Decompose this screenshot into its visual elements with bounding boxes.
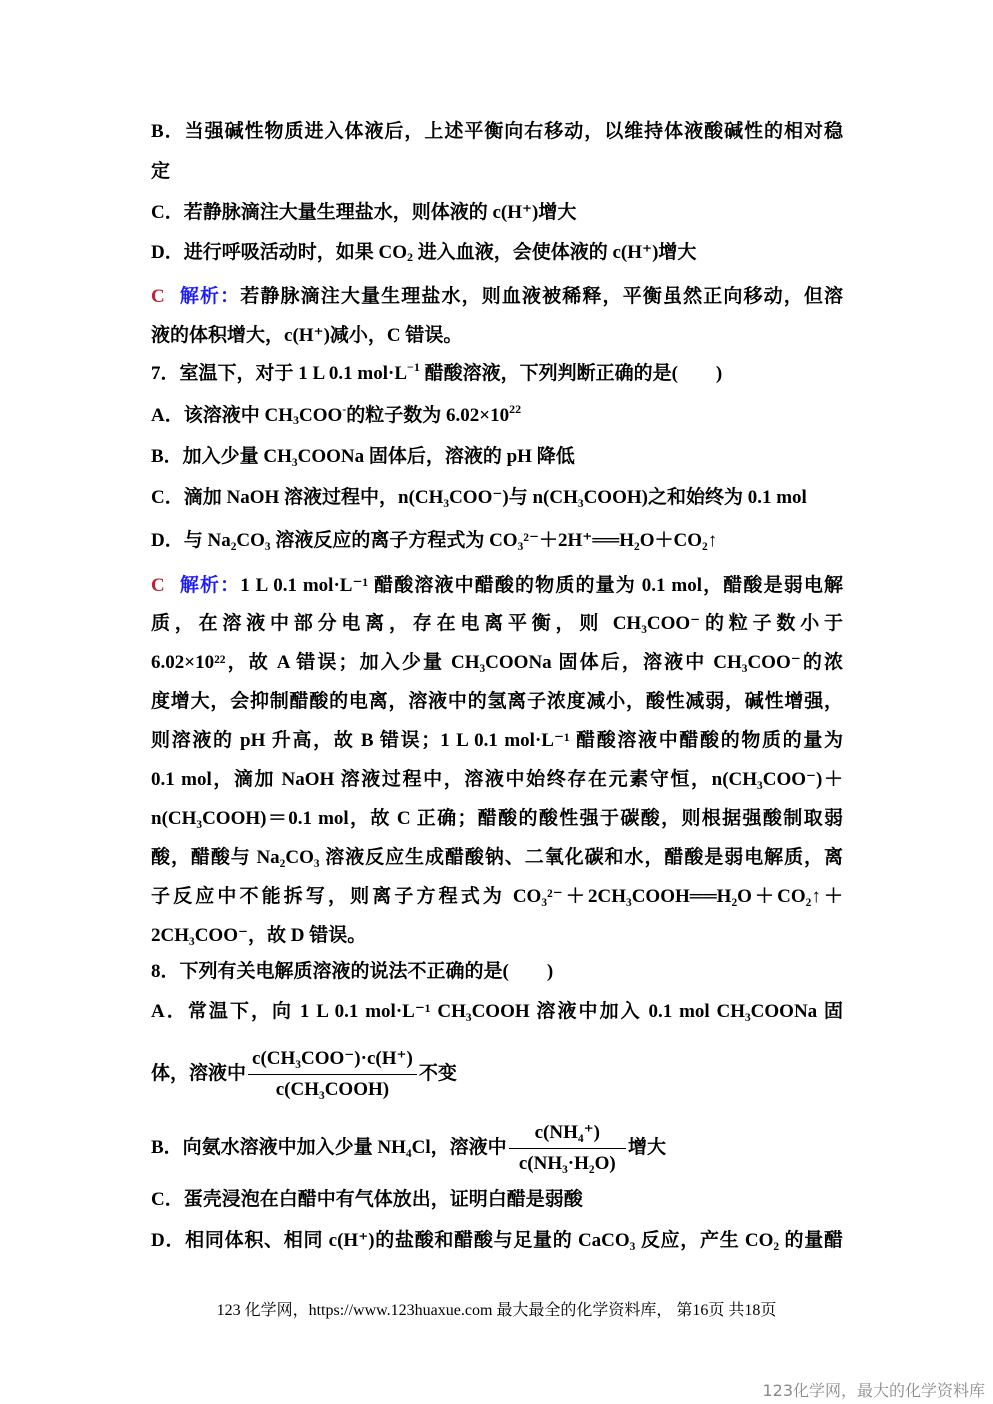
q7-option-c: C．滴加 NaOH 溶液过程中，n(CH₃COO⁻)与 n(CH₃COOH)之和…	[151, 486, 843, 510]
analysis-label: 解析：	[179, 286, 241, 307]
q8-option-a-line1: A．常温下，向 1 L 0.1 mol·L⁻¹ CH₃COOH 溶液中加入 0.…	[151, 1000, 843, 1024]
fraction-nh4: c(NH₄⁺)c(NH₃·H₂O)	[509, 1120, 626, 1177]
q7-answer-line3: 6.02×10²²，故 A 错误；加入少量 CH₃COONa 固体后，溶液中 C…	[151, 651, 843, 675]
q7-option-b: B．加入少量 CH₃COONa 固体后，溶液的 pH 降低	[151, 445, 843, 469]
q7-option-d: D．与 Na₂CO₃ 溶液反应的离子方程式为 CO₃²⁻＋2H⁺══H₂O＋CO…	[151, 529, 843, 553]
q7-answer-line10: 2CH₃COO⁻，故 D 错误。	[151, 924, 843, 948]
q7-answer-line6: 0.1 mol，滴加 NaOH 溶液过程中，溶液中始终存在元素守恒，n(CH₃C…	[151, 768, 843, 792]
q7-stem: 7．室温下，对于 1 L 0.1 mol·L−1 醋酸溶液，下列判断正确的是( …	[151, 362, 843, 386]
answer-letter: C	[151, 286, 165, 307]
q8-option-a-line2: 体，溶液中c(CH₃COO⁻)·c(H⁺)c(CH₃COOH)不变	[151, 1046, 843, 1103]
concentration-h: c(H⁺)	[492, 202, 538, 223]
q6-option-d: D．进行呼吸活动时，如果 CO2 进入血液，会使体液的 c(H⁺)增大	[151, 241, 843, 265]
answer-letter: C	[151, 575, 165, 596]
document-page: B．当强碱性物质进入体液后，上述平衡向右移动，以维持体液酸碱性的相对稳 定 C．…	[0, 0, 993, 1404]
q7-option-a: A．该溶液中 CH3COO-的粒子数为 6.02×1022	[151, 404, 843, 428]
q7-answer-line5: 则溶液的 pH 升高，故 B 错误；1 L 0.1 mol·L⁻¹ 醋酸溶液中醋…	[151, 729, 843, 753]
q7-answer-line9: 子反应中不能拆写，则离子方程式为 CO₃²⁻＋2CH₃COOH══H₂O＋CO₂…	[151, 885, 843, 909]
q6-answer-line2: 液的体积增大，c(H⁺)减小，C 错误。	[151, 324, 843, 348]
q8-option-c: C．蛋壳浸泡在白醋中有气体放出，证明白醋是弱酸	[151, 1188, 843, 1212]
q8-option-d: D．相同体积、相同 c(H⁺)的盐酸和醋酸与足量的 CaCO₃ 反应，产生 CO…	[151, 1229, 843, 1253]
page-footer: 123 化学网，https://www.123huaxue.com 最大最全的化…	[0, 1297, 993, 1320]
q8-stem: 8．下列有关电解质溶液的说法不正确的是( )	[151, 960, 843, 984]
q6-option-b-line2: 定	[151, 160, 843, 184]
q7-answer-line2: 质，在溶液中部分电离，存在电离平衡，则 CH₃COO⁻的粒子数小于	[151, 612, 843, 636]
q8-option-b: B．向氨水溶液中加入少量 NH₄Cl，溶液中c(NH₄⁺)c(NH₃·H₂O)增…	[151, 1120, 843, 1177]
analysis-label: 解析：	[179, 575, 241, 596]
q7-answer-line1: C解析：1 L 0.1 mol·L⁻¹ 醋酸溶液中醋酸的物质的量为 0.1 mo…	[151, 574, 843, 598]
q6-option-c: C．若静脉滴注大量生理盐水，则体液的 c(H⁺)增大	[151, 201, 843, 225]
q7-answer-line4: 度增大，会抑制醋酸的电离，溶液中的氢离子浓度减小，酸性减弱，碱性增强，	[151, 690, 843, 714]
q7-answer-line8: 酸，醋酸与 Na₂CO₃ 溶液反应生成醋酸钠、二氧化碳和水，醋酸是弱电解质，离	[151, 846, 843, 870]
fraction-ka: c(CH₃COO⁻)·c(H⁺)c(CH₃COOH)	[248, 1046, 417, 1103]
q6-option-b-line1: B．当强碱性物质进入体液后，上述平衡向右移动，以维持体液酸碱性的相对稳	[151, 120, 843, 144]
q6-answer-line1: C解析：若静脉滴注大量生理盐水，则血液被稀释，平衡虽然正向移动，但溶	[151, 285, 843, 309]
q7-answer-line7: n(CH₃COOH)＝0.1 mol，故 C 正确；醋酸的酸性强于碳酸，则根据强…	[151, 807, 843, 831]
watermark: 123化学网，最大的化学资料库	[762, 1378, 985, 1401]
